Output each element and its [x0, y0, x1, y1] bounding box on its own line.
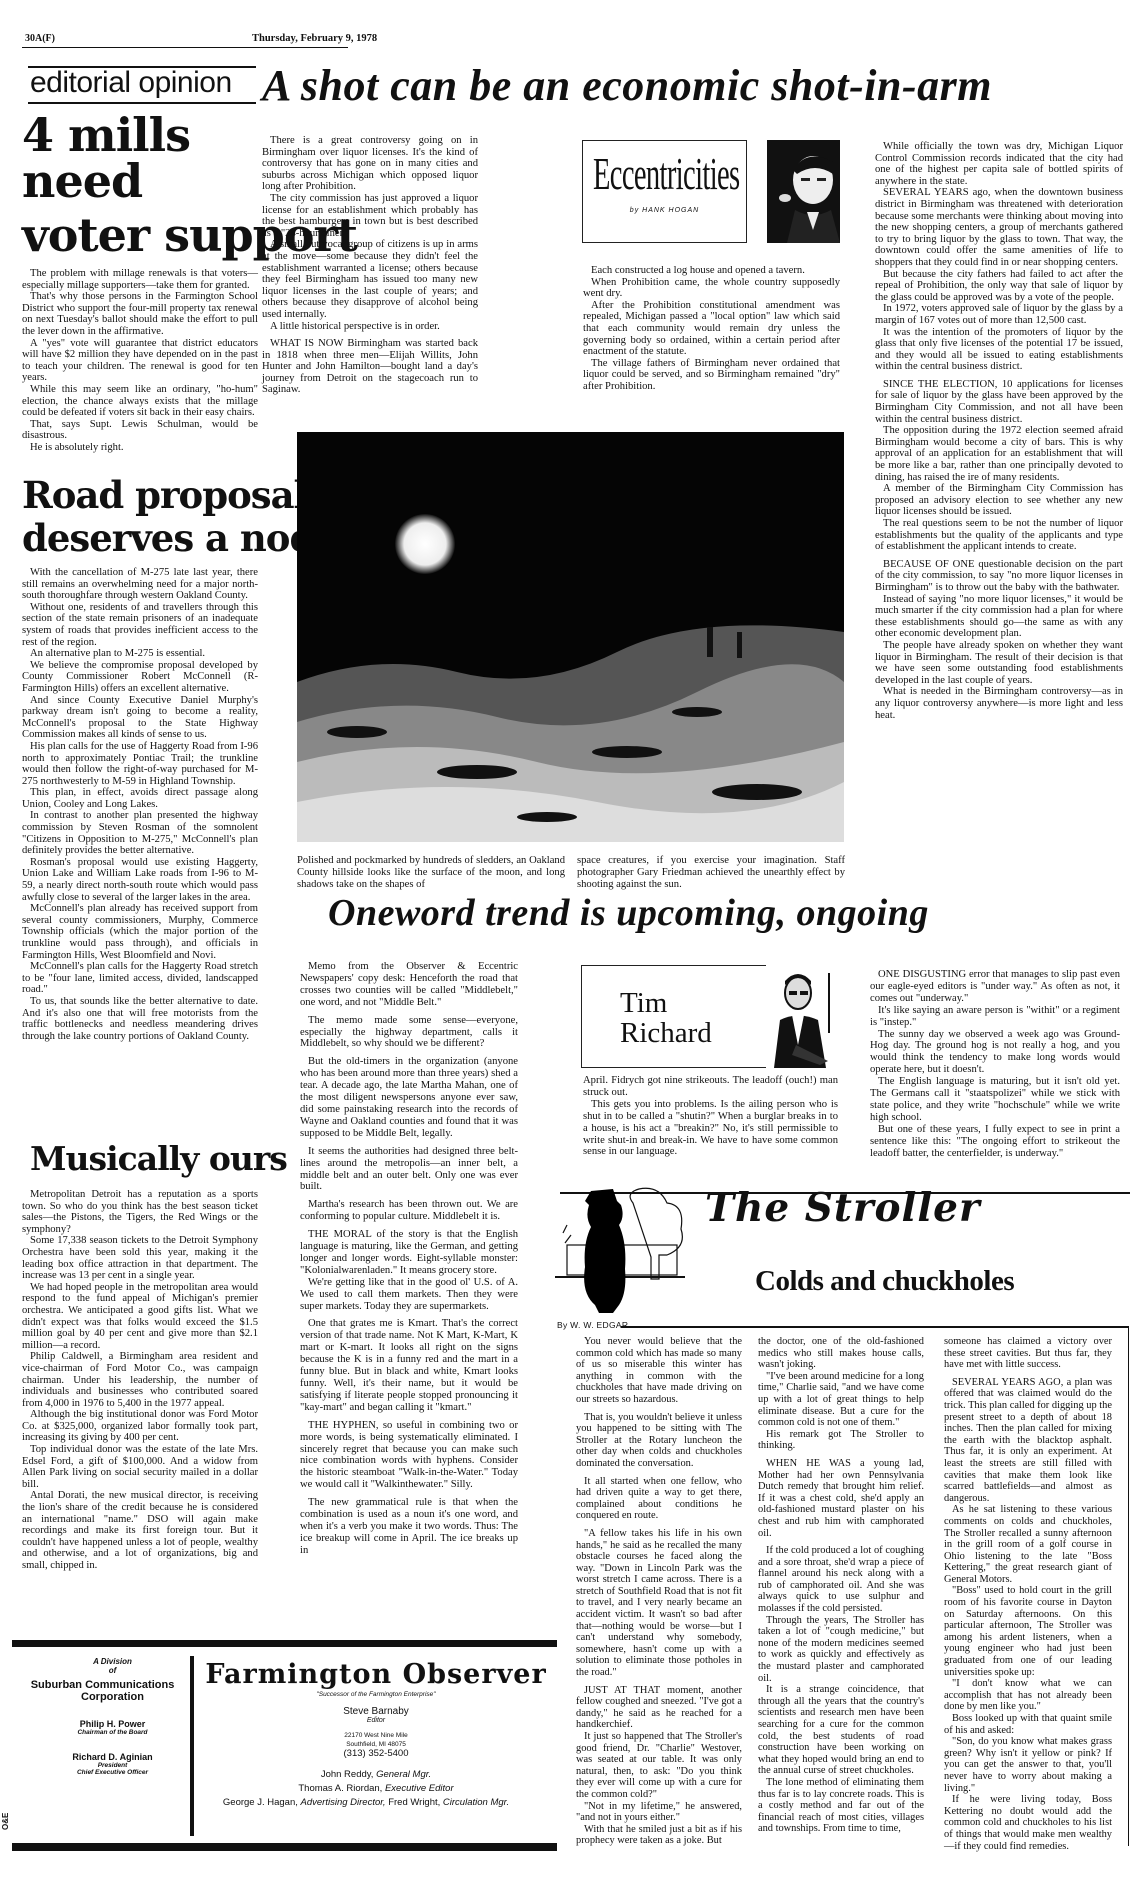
paragraph: This plan, in effect, avoids direct pass…	[22, 787, 258, 810]
paragraph: This gets you into problems. Is the aili…	[583, 1099, 838, 1159]
paragraph: What is needed in the Birmingham controv…	[875, 686, 1123, 721]
paragraph: "I don't know what we can accomplish tha…	[944, 1678, 1112, 1713]
paragraph: We're getting like that in the good ol' …	[300, 1277, 518, 1313]
paragraph: April. Fidrych got nine strikeouts. The …	[583, 1075, 838, 1099]
paragraph: THE MORAL of the story is that the Engli…	[300, 1229, 518, 1277]
paragraph: It is a strange coincidence, that throug…	[758, 1684, 924, 1777]
address-line1: 22170 West Nine Mile	[196, 1732, 556, 1739]
staff-name: Fred Wright,	[388, 1797, 440, 1808]
paragraph: The sunny day we observed a week ago was…	[870, 1029, 1120, 1077]
paragraph: WHAT IS NOW Birmingham was started back …	[262, 338, 478, 396]
paragraph: Metropolitan Detroit has a reputation as…	[22, 1189, 258, 1235]
section-label: editorial opinion	[30, 67, 232, 99]
paragraph: "A fellow takes his life in his own hand…	[576, 1528, 742, 1679]
paragraph: In 1972, voters approved sale of liquor …	[875, 303, 1123, 326]
folio-rule	[22, 47, 348, 48]
division-line1: A Division	[40, 1657, 185, 1666]
paragraph: Through the years, The Stroller has take…	[758, 1615, 924, 1685]
paragraph: ONE DISGUSTING error that manages to sli…	[870, 969, 1120, 1005]
paragraph: The memo made some sense—everyone, espec…	[300, 1015, 518, 1051]
paragraph: SEVERAL YEARS AGO, a plan was offered th…	[944, 1377, 1112, 1505]
paragraph: "Boss" used to hold court in the grill r…	[944, 1585, 1112, 1678]
headline-oneword: Oneword trend is upcoming, ongoing	[328, 894, 929, 932]
corporate-box: A Division of Suburban Communications Co…	[40, 1657, 185, 1776]
paragraph: WHEN HE WAS a young lad, Mother had her …	[758, 1458, 924, 1539]
paragraph: The city commission has just approved a …	[262, 193, 478, 239]
margin-mark: O&E	[1, 1813, 10, 1830]
headline-musically: Musically ours	[22, 1142, 258, 1175]
paragraph: BECAUSE OF ONE questionable decision on …	[875, 559, 1123, 594]
paragraph: The lone method of eliminating them thus…	[758, 1777, 924, 1835]
paragraph: Philip Caldwell, a Birmingham area resid…	[22, 1351, 258, 1409]
paragraph: It seems the authorities had designed th…	[300, 1146, 518, 1194]
paper-masthead: Farmington Observer "Successor of the Fa…	[196, 1658, 556, 1808]
paragraph: The English language is maturing, but it…	[870, 1076, 1120, 1124]
paragraph: His plan calls for the use of Haggerty R…	[22, 741, 258, 787]
staff-title: Circulation Mgr.	[443, 1797, 509, 1808]
paragraph: We had hoped people in the metropolitan …	[22, 1282, 258, 1352]
headline-road-line1: Road proposal	[22, 477, 258, 514]
paragraph: That is, you wouldn't believe it unless …	[576, 1412, 742, 1470]
shot-column-1: There is a great controversy going on in…	[262, 135, 478, 396]
staff-name: George J. Hagan,	[223, 1797, 298, 1808]
paragraph: It just so happened that The Stroller's …	[576, 1731, 742, 1801]
paragraph: The problem with millage renewals is tha…	[22, 268, 258, 291]
paragraph: He is absolutely right.	[22, 442, 258, 454]
paragraph: Memo from the Observer & Eccentric Newsp…	[300, 961, 518, 1009]
stroller-silhouette-icon	[555, 1183, 695, 1318]
oneword-column-3: ONE DISGUSTING error that manages to sli…	[870, 969, 1120, 1160]
company-line2: Corporation	[40, 1691, 185, 1703]
staff-title: General Mgr.	[376, 1769, 431, 1780]
stroller-column-1: You never would believe that the common …	[576, 1336, 742, 1847]
masthead-top-bar	[12, 1640, 557, 1647]
paragraph: someone has claimed a victory over these…	[944, 1336, 1112, 1371]
paragraph: Each constructed a log house and opened …	[583, 265, 840, 277]
columnist-photo-hogan	[767, 140, 840, 243]
masthead-bottom-bar	[12, 1843, 557, 1851]
paragraph: That's why those persons in the Farmingt…	[22, 291, 258, 337]
eccentricities-logo-box: Eccentricities by HANK HOGAN	[582, 140, 747, 243]
paragraph: Although the big institutional donor was…	[22, 1409, 258, 1444]
editorial-mills: 4 mills need voter support The problem w…	[22, 112, 258, 454]
paper-tagline: "Successor of the Farmington Enterprise"	[196, 1691, 556, 1698]
paragraph: A member of the Birmingham City Commissi…	[875, 483, 1123, 518]
columnist-name-line2: Richard	[620, 1018, 766, 1048]
paragraph: It was the intention of the promoters of…	[875, 327, 1123, 373]
staff-line-3: George J. Hagan, Advertising Director, F…	[176, 1797, 556, 1808]
oneword-column-2: April. Fidrych got nine strikeouts. The …	[583, 1075, 838, 1158]
headline-mills-line2: voter support	[22, 212, 258, 258]
label-bottom-rule	[28, 102, 256, 104]
staff-name: Thomas A. Riordan,	[298, 1783, 382, 1794]
editorial-road: Road proposal deserves a nod With the ca…	[22, 477, 258, 1042]
headline-stroller: Colds and chuckholes	[755, 1267, 1014, 1296]
paragraph: The opposition during the 1972 election …	[875, 425, 1123, 483]
masthead-divider	[190, 1656, 194, 1836]
paragraph: Antal Dorati, the new musical director, …	[22, 1490, 258, 1571]
paragraph: Instead of saying "no more liquor licens…	[875, 594, 1123, 640]
officer-title: Chief Executive Officer	[40, 1769, 185, 1776]
byline-rule	[621, 1326, 1129, 1328]
paragraph: "I've been around medicine for a long ti…	[758, 1371, 924, 1429]
paragraph: After the Prohibition constitutional ame…	[583, 300, 840, 358]
paragraph: One that grates me is Kmart. That's the …	[300, 1318, 518, 1413]
division-line2: of	[40, 1666, 185, 1675]
paragraph: If he were living today, Boss Kettering …	[944, 1794, 1112, 1852]
staff-line-2: Thomas A. Riordan, Executive Editor	[196, 1783, 556, 1794]
paragraph: SINCE THE ELECTION, 10 applications for …	[875, 379, 1123, 425]
editor-name: Steve Barnaby	[196, 1706, 556, 1717]
paragraph: His remark got The Stroller to thinking.	[758, 1429, 924, 1452]
paragraph: Without one, residents of and travellers…	[22, 602, 258, 648]
columnist-photo-richard	[766, 965, 836, 1068]
paragraph: You never would believe that the common …	[576, 1336, 742, 1406]
paragraph: But one of these years, I fully expect t…	[870, 1124, 1120, 1160]
headline-road-line2: deserves a nod	[22, 520, 258, 557]
paragraph: With the cancellation of M-275 late last…	[22, 567, 258, 602]
officer-name: Richard D. Aginian	[40, 1752, 185, 1762]
paragraph: McConnell's plan calls for the Haggerty …	[22, 961, 258, 996]
paragraph: As he sat listening to these various com…	[944, 1504, 1112, 1585]
tim-richard-logo-box: Tim Richard	[581, 965, 766, 1068]
staff-line-1: John Reddy, General Mgr.	[196, 1769, 556, 1780]
paragraph: And since County Executive Daniel Murphy…	[22, 695, 258, 741]
officer-title: Chairman of the Board	[40, 1729, 185, 1736]
shot-column-2: Each constructed a log house and opened …	[583, 265, 840, 393]
oneword-column-1: Memo from the Observer & Eccentric Newsp…	[300, 961, 518, 1557]
company-line1: Suburban Communications	[20, 1679, 185, 1691]
paragraph: But because the city fathers had failed …	[875, 269, 1123, 304]
phone-number: (313) 352-5400	[196, 1748, 556, 1759]
paragraph: When Prohibition came, the whole country…	[583, 277, 840, 300]
paper-name: Farmington Observer	[196, 1658, 556, 1692]
paragraph: "Not in my lifetime," he answered, "and …	[576, 1801, 742, 1824]
officer-name: Philip H. Power	[40, 1719, 185, 1729]
sledding-hill-photo	[297, 432, 844, 842]
paragraph: JUST AT THAT moment, another fellow coug…	[576, 1685, 742, 1731]
officer-title: President	[40, 1762, 185, 1769]
paragraph: The people have already spoken on whethe…	[875, 640, 1123, 686]
paragraph: We believe the compromise proposal devel…	[22, 660, 258, 695]
paragraph: Martha's research has been thrown out. W…	[300, 1199, 518, 1223]
editorial-musically: Musically ours Metropolitan Detroit has …	[22, 1142, 258, 1572]
shot-column-3: While officially the town was dry, Michi…	[875, 141, 1123, 721]
paragraph: In contrast to another plan presented th…	[22, 810, 258, 856]
paragraph: the doctor, one of the old-fashioned med…	[758, 1336, 924, 1371]
byline-hogan: by HANK HOGAN	[583, 207, 746, 214]
paragraph: With that he smiled just a bit as if his…	[576, 1824, 742, 1847]
staff-title: Executive Editor	[385, 1783, 454, 1794]
photo-caption-left: Polished and pockmarked by hundreds of s…	[297, 855, 565, 891]
paragraph: "Son, do you know what makes grass green…	[944, 1736, 1112, 1794]
paragraph: Boss looked up with that quaint smile of…	[944, 1713, 1112, 1736]
page-date: Thursday, February 9, 1978	[252, 33, 377, 44]
address-line2: Southfield, MI 48075	[196, 1741, 556, 1748]
byline-edgar: By W. W. EDGAR	[557, 1320, 628, 1330]
paragraph: That, says Supt. Lewis Schulman, would b…	[22, 419, 258, 442]
paragraph: It all started when one fellow, who had …	[576, 1476, 742, 1522]
paragraph: The new grammatical rule is that when th…	[300, 1497, 518, 1557]
stroller-side-rule	[1128, 1326, 1129, 1846]
stroller-column-3: someone has claimed a victory over these…	[944, 1336, 1112, 1852]
paragraph: While this may seem like an ordinary, "h…	[22, 384, 258, 419]
photo-caption-right: space creatures, if you exercise your im…	[577, 855, 845, 891]
paragraph: Top individual donor was the estate of t…	[22, 1444, 258, 1490]
paragraph: A little historical perspective is in or…	[262, 321, 478, 333]
stroller-logo: The Stroller	[705, 1183, 981, 1233]
headline-mills-line1: 4 mills need	[22, 112, 258, 204]
paragraph: SEVERAL YEARS ago, when the downtown bus…	[875, 187, 1123, 268]
paragraph: McConnell's plan already has received su…	[22, 903, 258, 961]
paragraph: Rosman's proposal would use existing Hag…	[22, 857, 258, 903]
paragraph: But the old-timers in the organization (…	[300, 1056, 518, 1139]
paragraph: THE HYPHEN, so useful in combining two o…	[300, 1420, 518, 1491]
stroller-illustration	[555, 1183, 695, 1318]
paragraph: It's like saying an aware person is "wit…	[870, 1005, 1120, 1029]
staff-name: John Reddy,	[321, 1769, 374, 1780]
eccentricities-logo: Eccentricities	[593, 151, 688, 197]
page-number: 30A(F)	[25, 33, 55, 44]
paragraph: To us, that sounds like the better alter…	[22, 996, 258, 1042]
paragraph: The village fathers of Birmingham never …	[583, 358, 840, 393]
portrait-icon	[767, 140, 840, 243]
paragraph: A small but vocal group of citizens is u…	[262, 239, 478, 320]
paragraph: A "yes" vote will guarantee that distric…	[22, 338, 258, 384]
staff-title: Advertising Director,	[301, 1797, 386, 1808]
paragraph: Some 17,338 season tickets to the Detroi…	[22, 1235, 258, 1281]
paragraph: The real questions seem to be not the nu…	[875, 518, 1123, 553]
editor-title: Editor	[196, 1717, 556, 1724]
paragraph: While officially the town was dry, Michi…	[875, 141, 1123, 187]
moonscape-photo-icon	[297, 432, 844, 842]
paragraph: An alternative plan to M-275 is essentia…	[22, 648, 258, 660]
stroller-column-2: the doctor, one of the old-fashioned med…	[758, 1336, 924, 1835]
headline-shot: A shot can be an economic shot-in-arm	[262, 64, 992, 108]
columnist-name-line1: Tim	[620, 988, 766, 1018]
paragraph: If the cold produced a lot of coughing a…	[758, 1545, 924, 1615]
portrait-icon	[766, 965, 836, 1068]
paragraph: There is a great controversy going on in…	[262, 135, 478, 193]
